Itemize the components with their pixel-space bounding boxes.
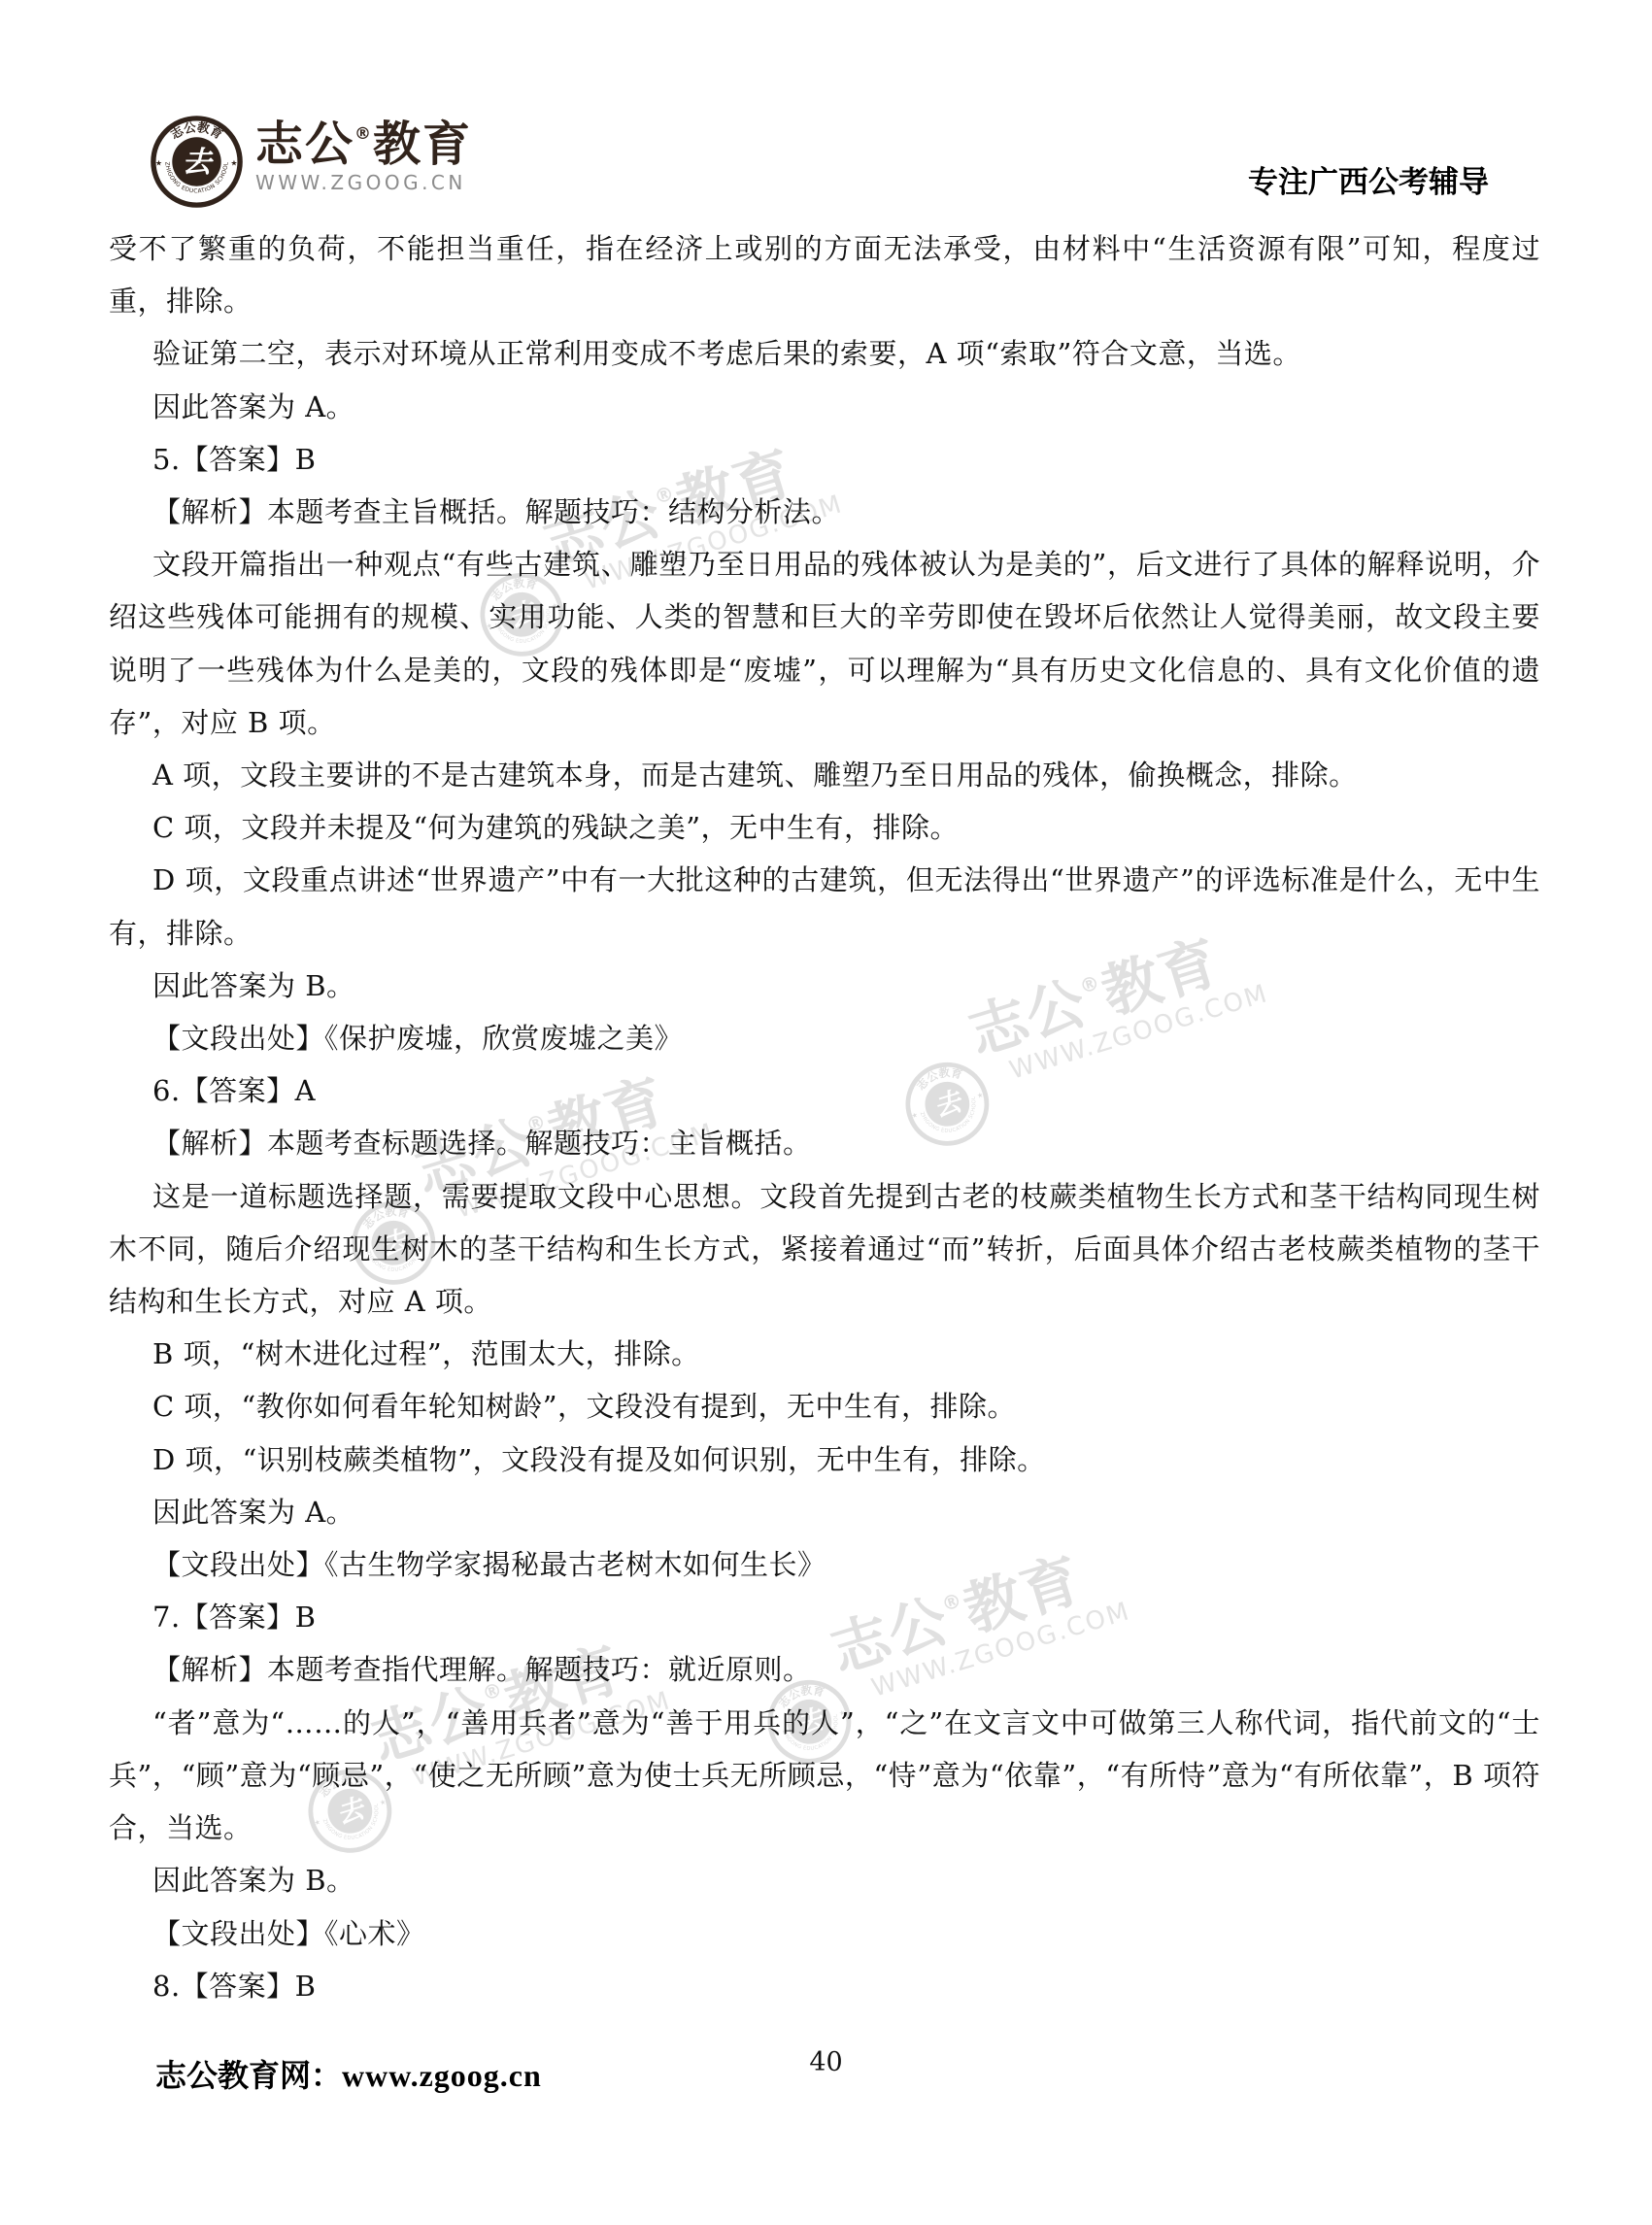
paragraph: 7.【答案】B xyxy=(109,1591,1540,1643)
paragraph: 【解析】本题考查指代理解。解题技巧：就近原则。 xyxy=(109,1643,1540,1696)
page-number: 40 xyxy=(0,2047,1652,2077)
paragraph: 8.【答案】B xyxy=(109,1960,1540,2012)
paragraph: 6.【答案】A xyxy=(109,1064,1540,1117)
header-tagline: 专注广西公考辅导 xyxy=(1248,157,1489,201)
paragraph: 【解析】本题考查主旨概括。解题技巧：结构分析法。 xyxy=(109,486,1540,538)
paragraph: 因此答案为 A。 xyxy=(109,381,1540,433)
paragraph: A 项，文段主要讲的不是古建筑本身，而是古建筑、雕塑乃至日用品的残体，偷换概念，… xyxy=(109,749,1540,801)
paragraph: 因此答案为 B。 xyxy=(109,1854,1540,1906)
paragraph: 这是一道标题选择题，需要提取文段中心思想。文段首先提到古老的枝蕨类植物生长方式和… xyxy=(109,1170,1540,1329)
paragraph: 验证第二空，表示对环境从正常利用变成不考虑后果的索要，A 项“索取”符合文意，当… xyxy=(109,327,1540,380)
paragraph: 【文段出处】《古生物学家揭秘最古老树木如何生长》 xyxy=(109,1538,1540,1591)
answer-content: 受不了繁重的负荷，不能担当重任，指在经济上或别的方面无法承受，由材料中“生活资源… xyxy=(109,222,1540,2012)
logo-wordmark: 志公®教育 xyxy=(255,120,472,168)
header-logo: 志公教育ZHIGONG EDUCATION SCHOOL★★去 志公®教育 WW… xyxy=(150,115,472,209)
paragraph: 【文段出处】《心术》 xyxy=(109,1907,1540,1960)
paragraph: B 项，“树木进化过程”，范围太大，排除。 xyxy=(109,1328,1540,1380)
document-page: 志公教育ZHIGONG EDUCATION SCHOOL★★去 志公®教育 WW… xyxy=(0,0,1652,2225)
svg-text:★: ★ xyxy=(230,158,237,167)
paragraph: D 项，文段重点讲述“世界遗产”中有一大批这种的古建筑，但无法得出“世界遗产”的… xyxy=(109,854,1540,959)
paragraph: C 项，“教你如何看年轮知树龄”，文段没有提到，无中生有，排除。 xyxy=(109,1380,1540,1433)
paragraph: 因此答案为 B。 xyxy=(109,960,1540,1012)
paragraph: 【文段出处】《保护废墟，欣赏废墟之美》 xyxy=(109,1012,1540,1064)
svg-text:★: ★ xyxy=(155,158,162,167)
svg-text:去: 去 xyxy=(182,146,214,180)
paragraph: 因此答案为 A。 xyxy=(109,1486,1540,1538)
logo-website: WWW.ZGOOG.CN xyxy=(255,171,472,194)
paragraph: “者”意为“……的人”，“善用兵者”意为“善于用兵的人”，“之”在文言文中可做第… xyxy=(109,1697,1540,1855)
paragraph: C 项，文段并未提及“何为建筑的残缺之美”，无中生有，排除。 xyxy=(109,801,1540,854)
logo-text-block: 志公®教育 WWW.ZGOOG.CN xyxy=(255,115,472,194)
paragraph: 文段开篇指出一种观点“有些古建筑、雕塑乃至日用品的残体被认为是美的”，后文进行了… xyxy=(109,538,1540,749)
paragraph: 5.【答案】B xyxy=(109,433,1540,486)
paragraph: 【解析】本题考查标题选择。解题技巧：主旨概括。 xyxy=(109,1117,1540,1169)
logo-seal-icon: 志公教育ZHIGONG EDUCATION SCHOOL★★去 xyxy=(150,115,244,209)
paragraph: D 项，“识别枝蕨类植物”，文段没有提及如何识别，无中生有，排除。 xyxy=(109,1433,1540,1486)
paragraph: 受不了繁重的负荷，不能担当重任，指在经济上或别的方面无法承受，由材料中“生活资源… xyxy=(109,222,1540,327)
